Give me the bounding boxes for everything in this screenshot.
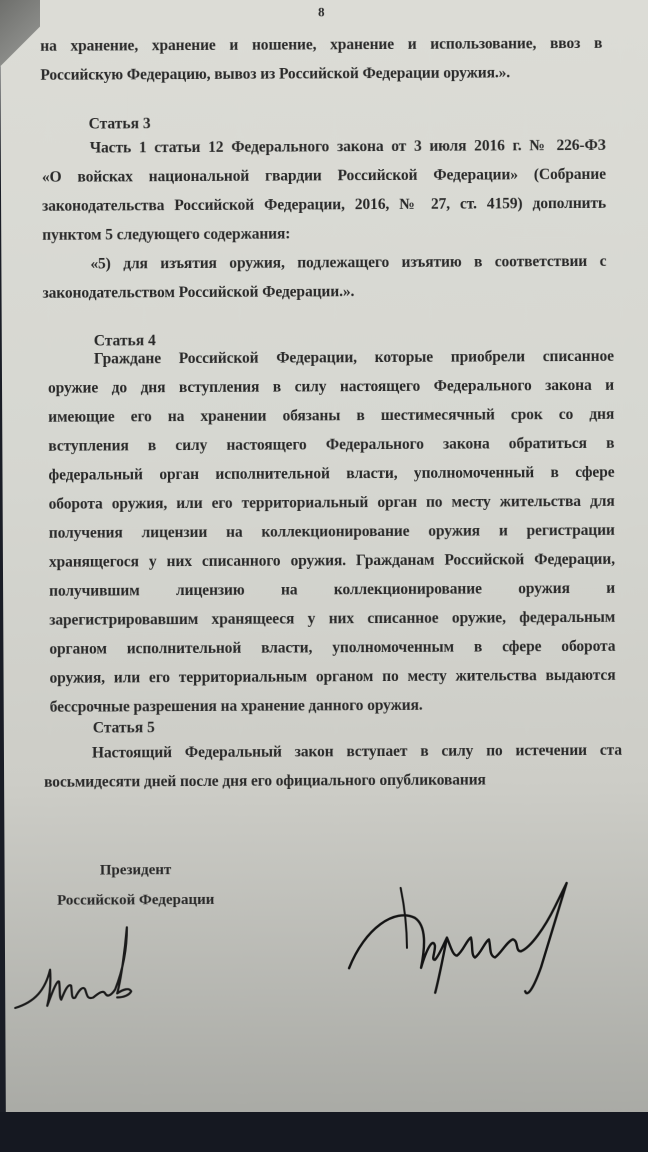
- text-line: оружие до дня вступления в силу настояще…: [48, 371, 614, 403]
- page-number: 8: [318, 4, 325, 20]
- text-line: оборота оружия, или его территориальный …: [49, 487, 615, 519]
- article-4-body: Граждане Российской Федерации, которые п…: [48, 342, 616, 722]
- text-line: вступления в силу настоящего Федеральног…: [48, 429, 614, 461]
- text-line: получившим лицензию на коллекционировани…: [49, 574, 615, 606]
- text-line: на хранение, хранение и ношение, хранени…: [40, 29, 602, 61]
- article-3-heading: Статья 3: [89, 115, 151, 133]
- photo-edge-shadow: [0, 0, 40, 70]
- text-line: зарегистрировавшим хранящееся у них спис…: [49, 603, 615, 635]
- text-line: Граждане Российской Федерации, которые п…: [48, 342, 614, 374]
- handwritten-initials-signature: [5, 909, 146, 1020]
- text-line: пунктом 5 следующего содержания:: [42, 218, 606, 250]
- president-signature: [335, 867, 606, 1008]
- text-line: «5) для изъятия оружия, подлежащего изъя…: [42, 247, 606, 279]
- text-line: восьмидесяти дней после дня его официаль…: [44, 765, 622, 797]
- text-line: имеющие его на хранении обязаны в шестим…: [48, 400, 614, 432]
- text-line: «О войсках национальной гвардии Российск…: [42, 160, 606, 192]
- text-line: федеральный орган исполнительной власти,…: [48, 458, 614, 490]
- document-page: 8 на хранение, хранение и ношение, хране…: [0, 0, 648, 1118]
- article-5-body: Настоящий Федеральный закон вступает в с…: [44, 736, 622, 797]
- text-line: Часть 1 статьи 12 Федерального закона от…: [42, 131, 606, 163]
- intro-continuation: на хранение, хранение и ношение, хранени…: [40, 29, 602, 90]
- signatory-title: Президент Российской Федерации: [40, 855, 230, 916]
- text-line: законодательства Российской Федерации, 2…: [42, 189, 606, 221]
- article-3-body: Часть 1 статьи 12 Федерального закона от…: [42, 131, 607, 308]
- text-line: бессрочные разрешения на хранение данног…: [50, 690, 616, 722]
- text-line: хранящегося у них списанного оружия. Гра…: [49, 545, 615, 577]
- signatory-title-line1: Президент: [40, 855, 230, 886]
- article-5-heading: Статья 5: [93, 719, 155, 737]
- text-line: Настоящий Федеральный закон вступает в с…: [44, 736, 622, 768]
- text-line: оружия, или его территориальным органом …: [49, 661, 615, 693]
- text-line: органом исполнительной власти, уполномоч…: [49, 632, 615, 664]
- background-surface: [0, 1112, 648, 1152]
- text-line: законодательством Российской Федерации.»…: [42, 276, 606, 308]
- text-line: получения лицензии на коллекционирование…: [49, 516, 615, 548]
- text-line: Российскую Федерацию, вывоз из Российско…: [40, 58, 602, 90]
